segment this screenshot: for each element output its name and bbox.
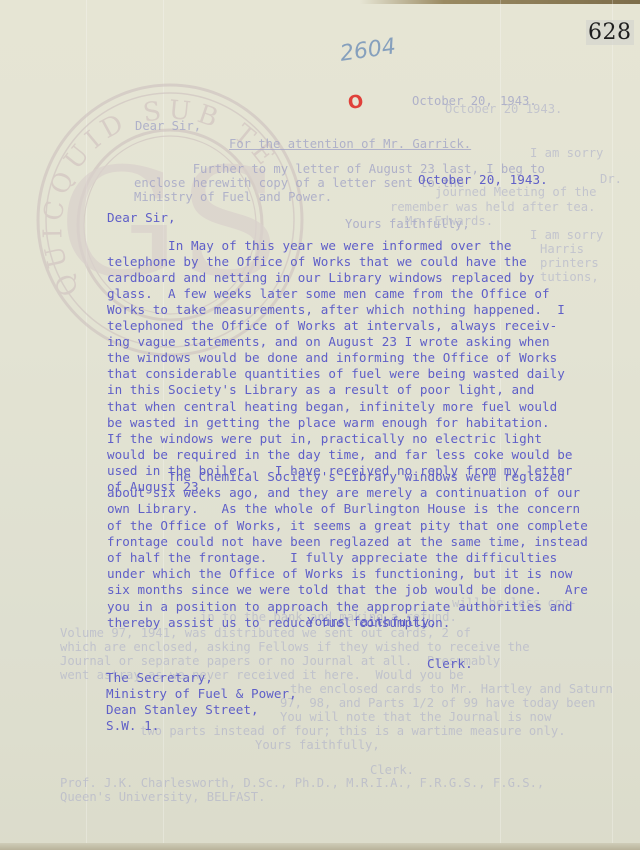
ghost-right: remember was held after tea. xyxy=(390,200,595,214)
letter-closing: Yours faithfully, xyxy=(307,614,437,630)
ghost-lower: which are enclosed, asking Fellows if th… xyxy=(60,640,530,654)
letter-line: that when central heating began, infinit… xyxy=(107,399,557,415)
pencil-annotation: 2604 xyxy=(339,34,398,67)
ghost-lower: Clerk. xyxy=(370,763,414,777)
ghost-lower: two parts instead of four; this is a war… xyxy=(140,724,566,738)
letter-signature-title: Clerk. xyxy=(427,656,473,672)
letter-line: telephoned the Office of Works at interv… xyxy=(107,318,557,334)
letter-line: The Chemical Society's Library windows w… xyxy=(107,469,565,485)
ghost-lower: 97, 98, and Parts 1/2 of 99 have today b… xyxy=(280,696,596,710)
ghost-lower: You will note that the Journal is now xyxy=(280,710,552,724)
letter-line: under which the Office of Works is funct… xyxy=(107,566,573,582)
letter-line: you in a position to approach the approp… xyxy=(107,599,573,615)
ghost-right: I am sorry xyxy=(530,228,603,242)
letter-line: that considerable quantities of fuel wer… xyxy=(107,366,565,382)
ghost-lower: Yours faithfully, xyxy=(255,738,380,752)
letter-line: would be required in the day time, and f… xyxy=(107,447,573,463)
letter-line: ing vague statements, and on August 23 I… xyxy=(107,334,550,350)
letter-line: be wasted in getting the place warm enou… xyxy=(107,415,550,431)
ghost-date-offset: October 20 1943. xyxy=(445,102,562,116)
letter-line: the windows would be done and informing … xyxy=(107,350,557,366)
ghost-right: Dr. xyxy=(600,172,622,186)
ghost-salutation: Dear Sir, xyxy=(135,119,201,133)
letter-line: about six weeks ago, and they are merely… xyxy=(107,485,580,501)
ghost-footer: Prof. J.K. Charlesworth, D.Sc., Ph.D., M… xyxy=(60,776,544,790)
addressee-line: The Secretary, xyxy=(106,670,213,686)
paper-fold-line xyxy=(612,0,613,850)
ghost-footer: Queen's University, BELFAST. xyxy=(60,790,265,804)
document-page: QUICQUID SUB TERRA GS 628 2604 O October… xyxy=(0,0,640,850)
page-number: 628 xyxy=(586,20,634,45)
letter-line: in this Society's Library as a result of… xyxy=(107,382,534,398)
ghost-line: enclose herewith copy of a letter sent t… xyxy=(134,176,464,190)
page-bottom-edge xyxy=(0,843,640,850)
addressee-line: S.W. 1. xyxy=(106,718,159,734)
ghost-line: Ministry of Fuel and Power. xyxy=(134,190,332,204)
ghost-right: tutions, xyxy=(540,270,599,284)
letter-date: October 20, 1943. xyxy=(418,172,548,188)
red-pencil-mark: O xyxy=(346,91,365,114)
letter-line: If the windows were put in, practically … xyxy=(107,431,542,447)
letter-line: of the Office of Works, it seems a great… xyxy=(107,518,588,534)
addressee-line: Dean Stanley Street, xyxy=(106,702,259,718)
letter-line: six months since we were told that the j… xyxy=(107,582,588,598)
ghost-right: printers xyxy=(540,256,599,270)
ghost-lower: the enclosed cards to Mr. Hartley and Sa… xyxy=(290,682,613,696)
letter-line: glass. A few weeks later some men came f… xyxy=(107,286,550,302)
letter-line: own Library. As the whole of Burlington … xyxy=(107,501,580,517)
letter-line: cardboard and netting in our Library win… xyxy=(107,270,534,286)
letter-line: Works to take measurements, after which … xyxy=(107,302,565,318)
ghost-heading: For the attention of Mr. Garrick. xyxy=(229,137,471,151)
letter-line: telephone by the Office of Works that we… xyxy=(107,254,527,270)
ghost-right: Harris xyxy=(540,242,584,256)
ghost-right: I am sorry xyxy=(530,146,603,160)
letter-salutation: Dear Sir, xyxy=(107,210,176,226)
ghost-right: Mr. Edwards. xyxy=(405,214,493,228)
letter-line: of half the frontage. I fully appreciate… xyxy=(107,550,557,566)
letter-line: In May of this year we were informed ove… xyxy=(107,238,512,254)
letter-line: frontage could not have been reglazed at… xyxy=(107,534,588,550)
addressee-line: Ministry of Fuel & Power, xyxy=(106,686,297,702)
